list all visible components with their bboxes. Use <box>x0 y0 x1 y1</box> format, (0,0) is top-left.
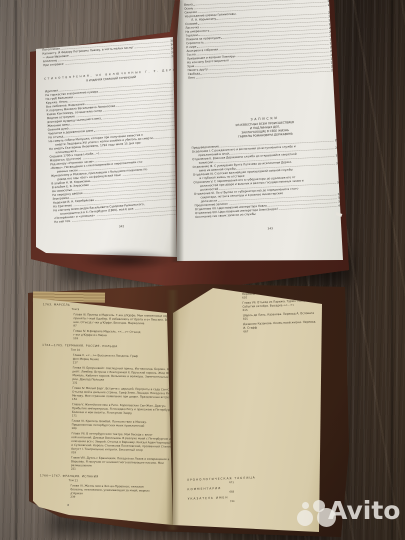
bottom-book-gutter <box>166 290 179 530</box>
chapter-entry: Глава VI. Крепera. Бомбей. Путешествие в… <box>41 418 170 431</box>
top-book-left-page: Потопление341Капнисту. И Федору Петрович… <box>36 34 177 257</box>
chapter-entry: Глава III. Брауншвейг. Наследный принц. … <box>42 365 171 386</box>
top-book-right-page: Весна265Осень265Синичка266На рождение ца… <box>177 0 343 263</box>
chapter-entry: Глава VII. В петербургском театре. Моя б… <box>40 431 169 456</box>
chapter-entry: Джакомо Казанова. Конец моей жизни. Пере… <box>212 320 317 335</box>
avito-logo-circle-icon <box>302 502 309 509</box>
bottom-left-folio: 8 <box>39 503 168 508</box>
chapter-entry: Глава II. «<…>» Высылка из Лондона. Граф… <box>42 353 171 366</box>
chapter-entry: Глава IV. Милый Берг. Встреча с царицей.… <box>41 385 170 402</box>
page-edge-shadow <box>78 250 178 270</box>
chapter-entry: Глава III. Приезд в Марсель. Г-жа д'Юрфе… <box>43 312 172 329</box>
avito-wordmark: Avito <box>328 496 400 525</box>
top-right-page-content: Весна265Осень265Синичка266На рождение ца… <box>184 0 345 234</box>
back-matter-list: ХРОНОЛОГИЧЕСКАЯ ТАБЛИЦА671КОММЕНТАРИИ683… <box>187 474 293 504</box>
avito-logo-circle-icon <box>297 510 313 526</box>
right-page-folio: 343 <box>196 223 345 234</box>
book-listing-photo: Потопление341Капнисту. И Федору Петрович… <box>0 0 405 540</box>
bottom-book-left-page: 1763. МАРСЕЛЬТом 9Глава III. Приезд в Ма… <box>33 291 173 528</box>
toc-poems-list: Идиллия251На торжество и вознесение куми… <box>45 80 188 224</box>
top-book-gutter <box>170 0 184 262</box>
bottom-left-page-content: 1763. МАРСЕЛЬТом 9Глава III. Приезд в Ма… <box>39 299 171 508</box>
top-left-page-content: Потопление341Капнисту. И Федору Петрович… <box>42 39 188 233</box>
chapter-entry: Глава V. Житейское мое в Риге. Королевск… <box>41 402 170 419</box>
chapter-entry: Глава IV. В феврале Марсель. «<…>» Отъез… <box>42 328 171 341</box>
chapter-entry: Глава VI. Жизнь моя в Экс-ан-Провансе; т… <box>40 483 169 500</box>
chapter-entry: Глава VIII. Дуэль с Браницким. Поездка в… <box>40 455 169 472</box>
toc-volumes: 1763. МАРСЕЛЬТом 9Глава III. Приезд в Ма… <box>40 302 172 500</box>
toc-poems-continued: Весна265Осень265Синичка266На рождение ца… <box>184 0 337 80</box>
toc-zapiski-sections: Предуведомление275Отделение I. С рождени… <box>191 138 343 219</box>
back-matter-content: ХРОНОЛОГИЧЕСКАЯ ТАБЛИЦА671КОММЕНТАРИИ683… <box>187 474 293 506</box>
zapiski-title: ЗАПИСКИИЗ ИЗВЕСТНЫХ ВСЕМ ПРОИСШЕСТВИЕВИ … <box>190 113 340 141</box>
avito-watermark: Avito <box>293 496 405 540</box>
